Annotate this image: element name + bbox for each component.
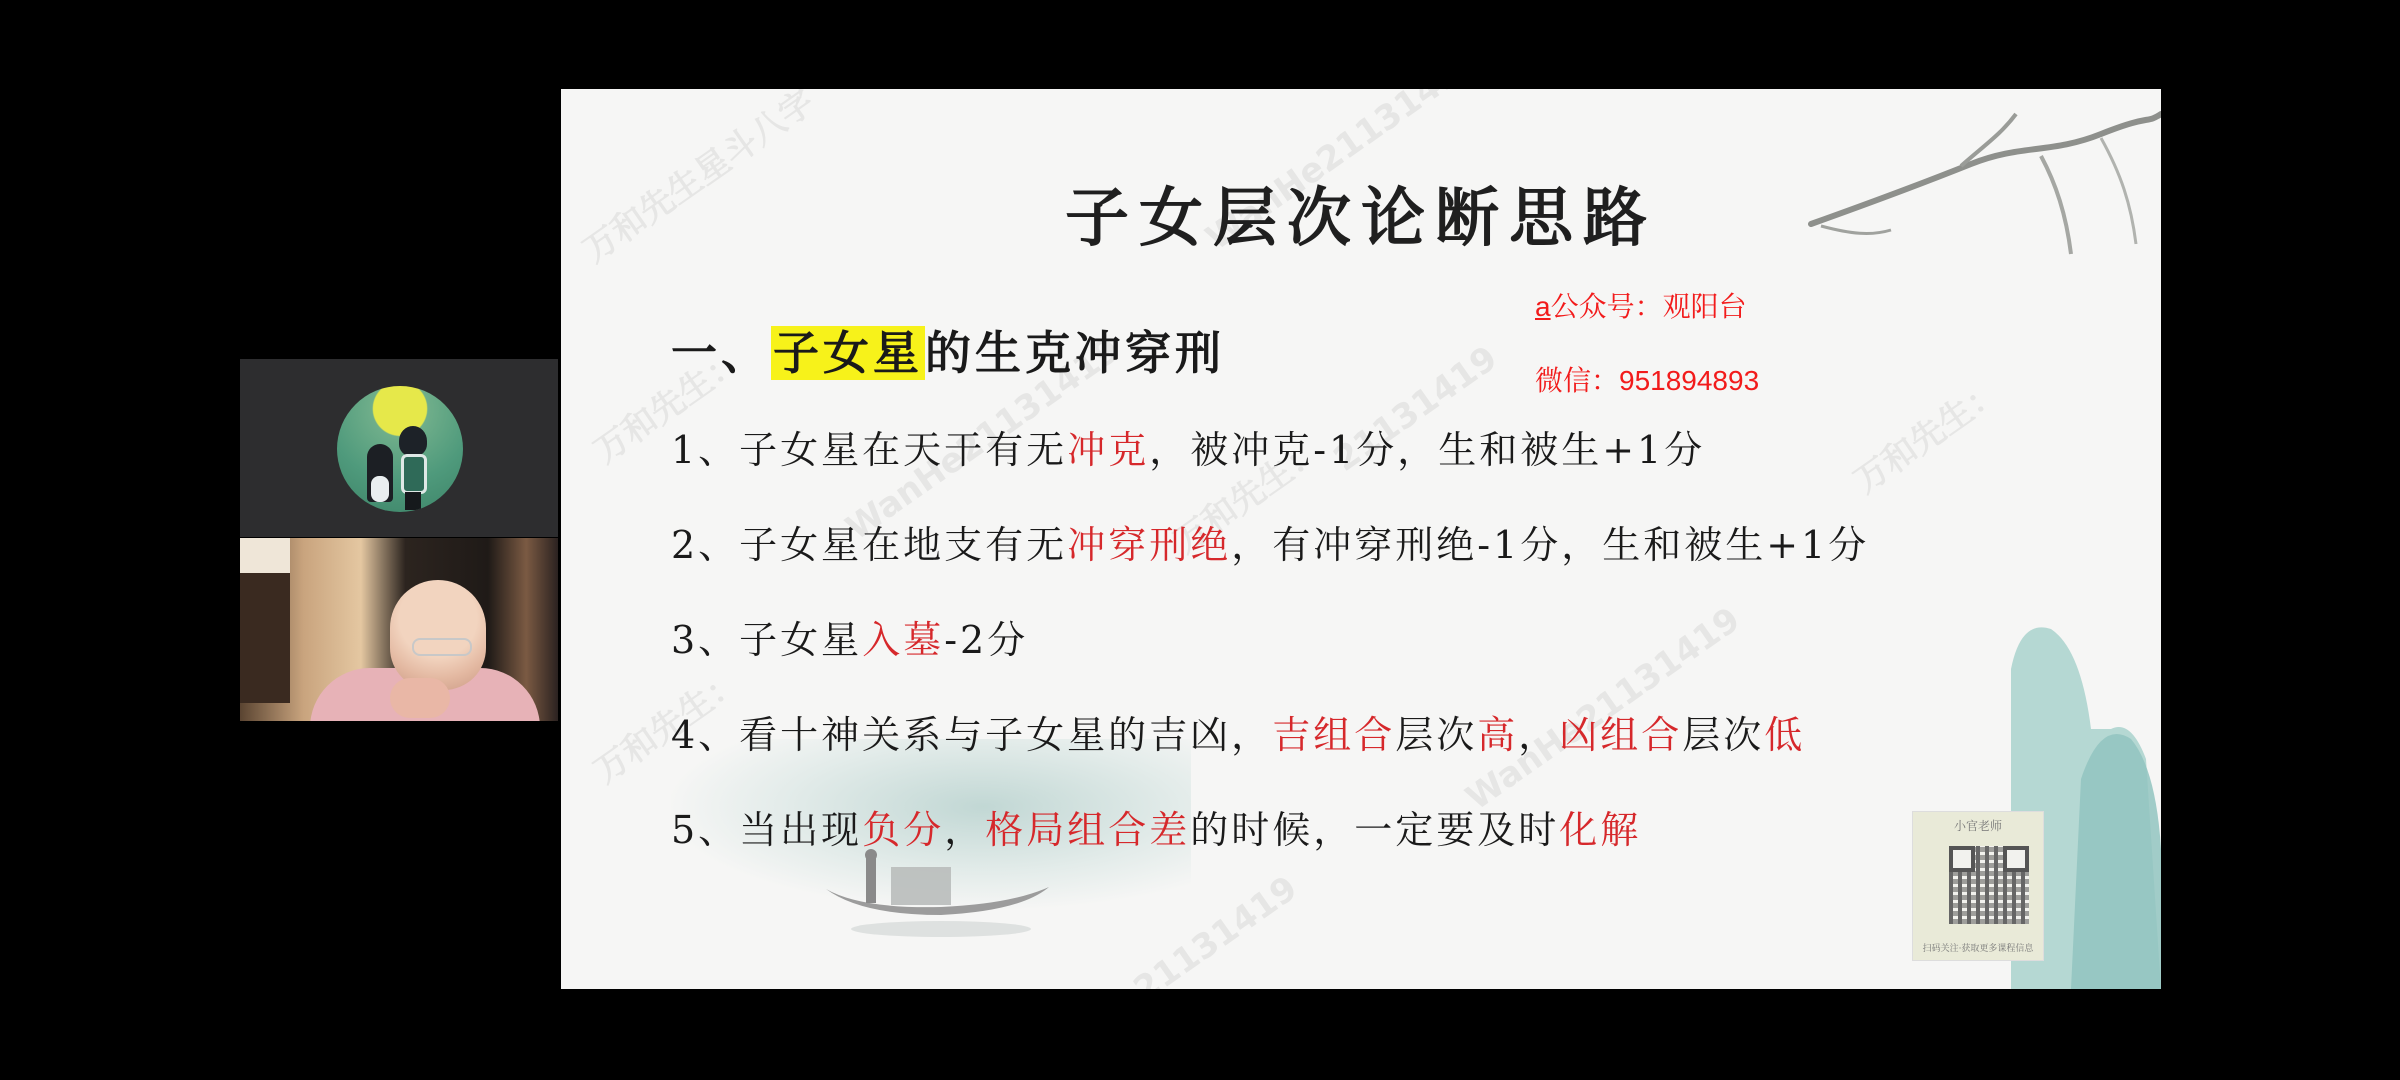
contact-wechat: 微信：951894893 xyxy=(1535,359,1759,399)
slide-title: 子女层次论断思路 xyxy=(561,167,2161,259)
item-text: 3、子女星 xyxy=(671,618,862,662)
item-text: ， xyxy=(944,808,985,852)
item-text: 层次 xyxy=(1395,713,1477,757)
item-text: 5、当出现 xyxy=(671,808,862,852)
participant-tile-camera[interactable] xyxy=(240,538,558,721)
contact-public-account: a公众号：观阳台 xyxy=(1535,285,1747,325)
emphasis-text: 冲克 xyxy=(1067,428,1149,472)
item-text: 4、看十神关系与子女星的吉凶， xyxy=(671,713,1272,757)
section-heading-prefix: 一、 xyxy=(671,326,771,380)
section-heading-rest: 的生克冲穿刑 xyxy=(925,326,1225,380)
emphasis-text: 负分 xyxy=(862,808,944,852)
qr-code-card: 小官老师 扫码关注·获取更多课程信息 xyxy=(1912,811,2044,961)
presenter-head xyxy=(390,580,486,690)
list-item: 1、子女星在天干有无冲克，被冲克-1分，生和被生+1分 xyxy=(671,419,1705,474)
item-text: 1、子女星在天干有无 xyxy=(671,428,1067,472)
item-text: -2分 xyxy=(944,618,1028,662)
emphasis-text: 化解 xyxy=(1559,808,1641,852)
item-text: ， xyxy=(1518,713,1559,757)
emphasis-text: 低 xyxy=(1764,713,1805,757)
watermark: 万和先生： xyxy=(1842,365,2009,503)
item-text: 2、子女星在地支有无 xyxy=(671,523,1067,567)
emphasis-text: 凶组合 xyxy=(1559,713,1682,757)
shared-slide: 万和先生星斗八字 WanHe21131419 万和先生： WanHe211314… xyxy=(561,89,2161,989)
boat-icon xyxy=(821,849,1051,939)
emphasis-text: 入墓 xyxy=(862,618,944,662)
emphasis-text: 吉组合 xyxy=(1272,713,1395,757)
background-shelf xyxy=(240,573,290,703)
list-item: 5、当出现负分，格局组合差的时候，一定要及时化解 xyxy=(671,799,1641,854)
qr-card-footer: 扫码关注·获取更多课程信息 xyxy=(1913,941,2043,954)
presenter-glasses xyxy=(412,638,472,656)
qr-card-name: 小官老师 xyxy=(1913,817,2043,834)
emphasis-text: 格局组合差 xyxy=(985,808,1190,852)
item-text: 层次 xyxy=(1682,713,1764,757)
presenter-hand xyxy=(390,678,450,718)
list-item: 2、子女星在地支有无冲穿刑绝，有冲穿刑绝-1分，生和被生+1分 xyxy=(671,514,1869,569)
emphasis-text: 高 xyxy=(1477,713,1518,757)
qr-code-icon xyxy=(1949,846,2029,924)
participant-tile-avatar[interactable] xyxy=(240,359,558,537)
item-text: ，有冲穿刑绝-1分，生和被生+1分 xyxy=(1231,523,1869,567)
contact-public-account-text: 公众号：观阳台 xyxy=(1551,291,1747,322)
emphasis-text: 冲穿刑绝 xyxy=(1067,523,1231,567)
item-text: ，被冲克-1分，生和被生+1分 xyxy=(1149,428,1705,472)
item-text: 的时候，一定要及时 xyxy=(1190,808,1559,852)
contact-prefix: a xyxy=(1535,291,1551,322)
list-item: 4、看十神关系与子女星的吉凶，吉组合层次高，凶组合层次低 xyxy=(671,704,1805,759)
participant-video-panel xyxy=(240,359,558,721)
cartoon-couple-avatar-icon xyxy=(337,386,463,512)
section-heading-highlight: 子女星 xyxy=(771,326,925,380)
background-window xyxy=(240,538,290,573)
section-heading: 一、子女星的生克冲穿刑 xyxy=(671,317,1225,383)
screen: 万和先生星斗八字 WanHe21131419 万和先生： WanHe211314… xyxy=(0,0,2400,1080)
list-item: 3、子女星入墓-2分 xyxy=(671,609,1028,664)
